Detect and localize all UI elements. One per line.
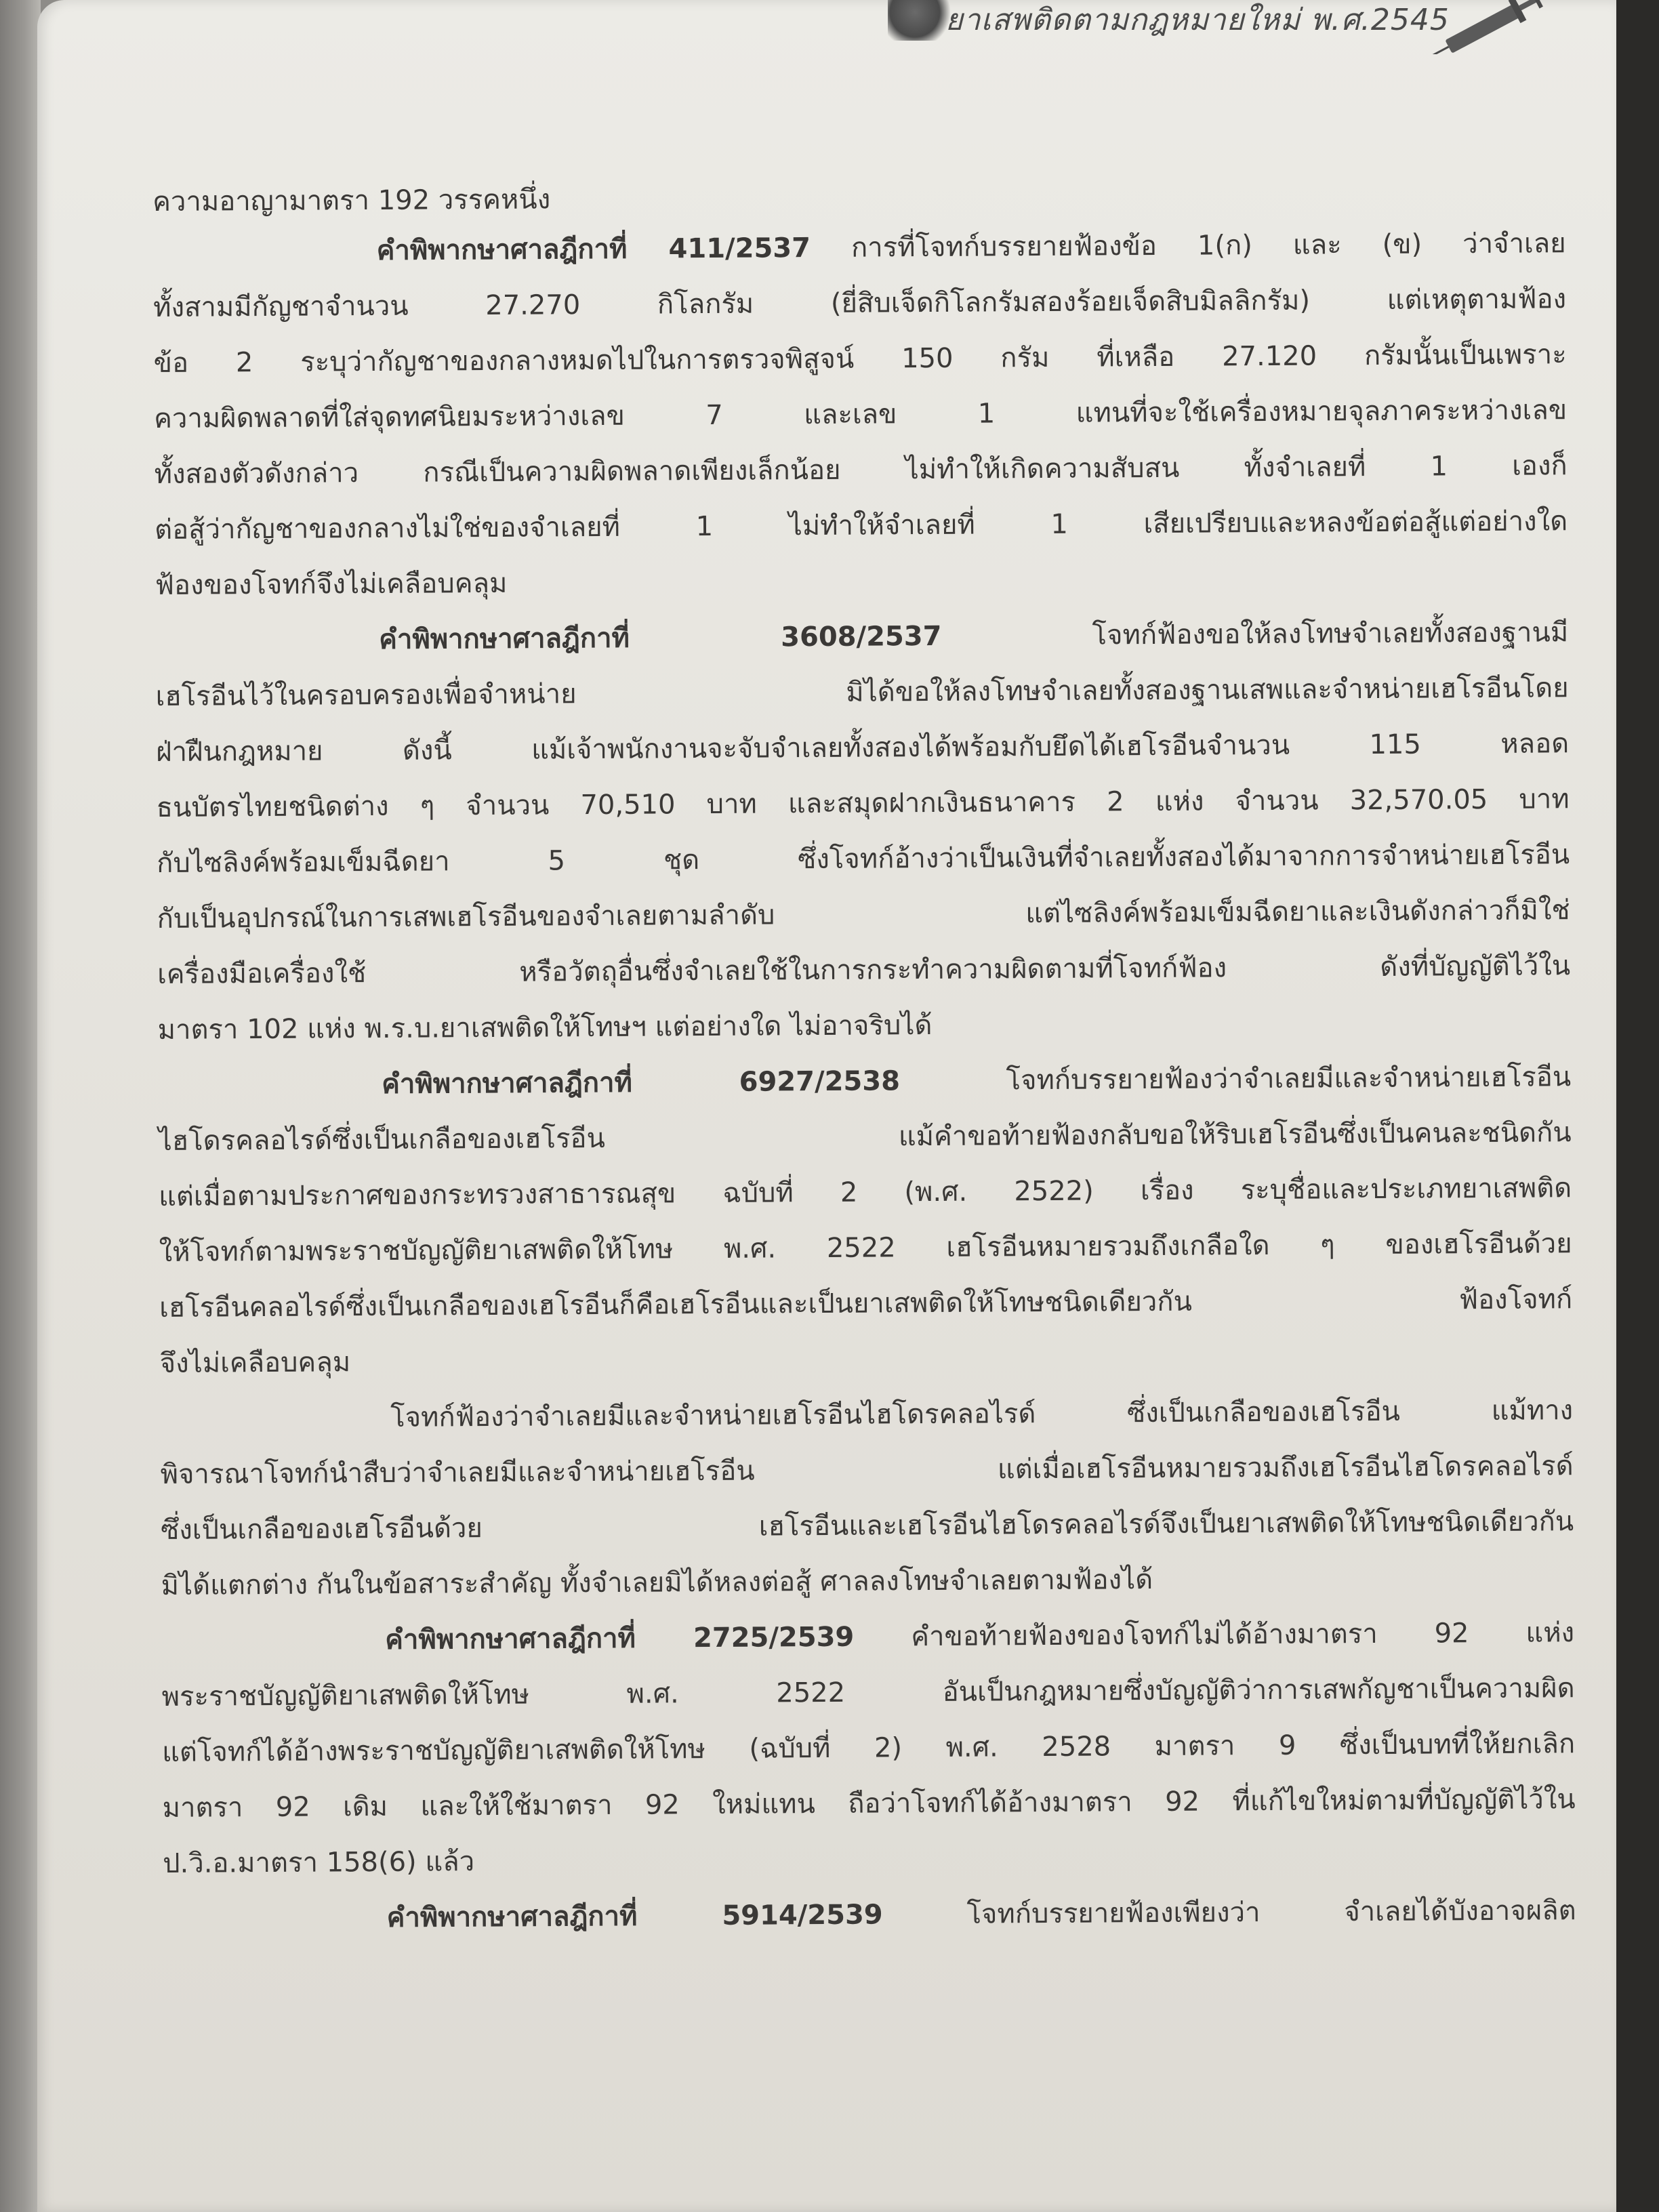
case-5914-2539: คำพิพากษาศาลฎีกาที่ 5914/2539 โจทก์บรรยา…: [163, 1883, 1576, 1947]
case-text: โจทก์ฟ้องขอให้ลงโทษจำเลยทั้งสองฐานมี: [1092, 617, 1568, 651]
case-2725-2539: คำพิพากษาศาลฎีกาที่ 2725/2539 คำขอท้ายฟ้…: [161, 1605, 1576, 1891]
case-text: การที่โจทก์บรรยายฟ้องข้อ 1(ก) และ (ข) ว่…: [851, 228, 1566, 263]
case-heading-line: คำพิพากษาศาลฎีกาที่ 2725/2539 คำขอท้ายฟ้…: [161, 1605, 1574, 1669]
commentary-line: ซึ่งเป็นเกลือของเฮโรอีนด้วย เฮโรอีนและเฮ…: [161, 1494, 1574, 1558]
case-text-line: ป.วิ.อ.มาตรา 158(6) แล้ว: [163, 1827, 1576, 1891]
case-reference: คำพิพากษาศาลฎีกาที่ 5914/2539: [387, 1899, 883, 1933]
commentary-line: มิได้แตกต่าง กันในข้อสาระสำคัญ ทั้งจำเลย…: [161, 1549, 1574, 1614]
case-text-line: มาตรา 102 แห่ง พ.ร.บ.ยาเสพติดให้โทษฯ แต่…: [157, 994, 1570, 1058]
case-reference: คำพิพากษาศาลฎีกาที่ 3608/2537: [379, 621, 942, 655]
running-header-title: ยาเสพติดตามกฎหมายใหม่ พ.ศ.2545: [945, 0, 1450, 43]
case-text-line: ทั้งสองตัวดังกล่าว กรณีเป็นความผิดพลาดเพ…: [154, 438, 1567, 502]
case-text-line: เฮโรอีนคลอไรด์ซึ่งเป็นเกลือของเฮโรอีนก็ค…: [159, 1271, 1572, 1336]
case-text-line: แต่เมื่อตามประกาศของกระทรวงสาธารณสุข ฉบั…: [159, 1160, 1572, 1225]
commentary-line: พิจารณาโจทก์นำสืบว่าจำเลยมีและจำหน่ายเฮโ…: [160, 1438, 1573, 1502]
case-text-line: เฮโรอีนไว้ในครอบครองเพื่อจำหน่าย มิได้ขอ…: [155, 660, 1568, 724]
case-text-line: เครื่องมือเครื่องใช้ หรือวัตถุอื่นซึ่งจำ…: [157, 938, 1570, 1002]
document-body: ความอาญามาตรา 192 วรรคหนึ่ง คำพิพากษาศาล…: [152, 171, 1576, 1947]
case-text-line: ฟ้องของโจทก์จึงไม่เคลือบคลุม: [155, 549, 1568, 613]
case-text-line: ให้โจทก์ตามพระราชบัญญัติยาเสพติดให้โทษ พ…: [159, 1216, 1572, 1280]
case-text-line: ต่อสู้ว่ากัญชาของกลางไม่ใช่ของจำเลยที่ 1…: [155, 493, 1568, 558]
commentary-line: โจทก์ฟ้องว่าจำเลยมีและจำหน่ายเฮโรอีนไฮโด…: [160, 1382, 1573, 1447]
case-text-line: ความผิดพลาดที่ใส่จุดทศนิยมระหว่างเลข 7 แ…: [154, 382, 1567, 447]
syringe-icon: [1416, 0, 1552, 54]
case-text-line: จึงไม่เคลือบคลุม: [159, 1327, 1572, 1391]
running-header: ยาเสพติดตามกฎหมายใหม่ พ.ศ.2545: [874, 0, 1565, 75]
case-text-line: พระราชบัญญัติยาเสพติดให้โทษ พ.ศ. 2522 อั…: [161, 1660, 1574, 1725]
case-heading-line: คำพิพากษาศาลฎีกาที่ 3608/2537 โจทก์ฟ้องข…: [155, 605, 1568, 669]
book-spine-shadow: [0, 0, 41, 2212]
case-heading-line: คำพิพากษาศาลฎีกาที่ 5914/2539 โจทก์บรรยา…: [163, 1883, 1576, 1947]
case-text-line: มาตรา 92 เดิม และให้ใช้มาตรา 92 ใหม่แทน …: [162, 1771, 1575, 1836]
case-text-line: แต่โจทก์ได้อ้างพระราชบัญญัติยาเสพติดให้โ…: [162, 1716, 1575, 1780]
case-411-2537: คำพิพากษาศาลฎีกาที่ 411/2537 การที่โจทก์…: [152, 216, 1568, 613]
case-heading-line: คำพิพากษาศาลฎีกาที่ 411/2537 การที่โจทก์…: [152, 216, 1565, 280]
case-text-line: ฝ่าฝืนกฎหมาย ดังนี้ แม้เจ้าพนักงานจะจับจ…: [156, 716, 1569, 780]
case-reference: คำพิพากษาศาลฎีกาที่ 411/2537: [377, 232, 811, 266]
case-text: โจทก์บรรยายฟ้องเพียงว่า จำเลยได้บังอาจผล…: [966, 1895, 1576, 1929]
case-reference: คำพิพากษาศาลฎีกาที่ 6927/2538: [382, 1065, 900, 1100]
case-3608-2537: คำพิพากษาศาลฎีกาที่ 3608/2537 โจทก์ฟ้องข…: [155, 605, 1571, 1058]
case-text-line: ข้อ 2 ระบุว่ากัญชาของกลางหมดไปในการตรวจพ…: [153, 327, 1566, 391]
case-text-line: กับเป็นอุปกรณ์ในการเสพเฮโรอีนของจำเลยตาม…: [157, 882, 1570, 947]
case-6927-2538: คำพิพากษาศาลฎีกาที่ 6927/2538 โจทก์บรรยา…: [158, 1049, 1574, 1614]
case-text: คำขอท้ายฟ้องของโจทก์ไม่ได้อ้างมาตรา 92 แ…: [911, 1617, 1574, 1652]
case-text-line: ทั้งสามมีกัญชาจำนวน 27.270 กิโลกรัม (ยี่…: [153, 271, 1566, 335]
case-text-line: กับไซลิงค์พร้อมเข็มฉีดยา 5 ชุด ซึ่งโจทก์…: [157, 827, 1570, 891]
page-edge-background: [1616, 0, 1659, 2212]
case-reference: คำพิพากษาศาลฎีกาที่ 2725/2539: [385, 1622, 854, 1656]
case-heading-line: คำพิพากษาศาลฎีกาที่ 6927/2538 โจทก์บรรยา…: [158, 1049, 1571, 1113]
case-text-line: ธนบัตรไทยชนิดต่าง ๆ จำนวน 70,510 บาท และ…: [156, 771, 1569, 836]
case-text: โจทก์บรรยายฟ้องว่าจำเลยมีและจำหน่ายเฮโรอ…: [1006, 1061, 1571, 1096]
case-text-line: ไฮโดรคลอไรด์ซึ่งเป็นเกลือของเฮโรอีน แม้ค…: [158, 1105, 1571, 1169]
